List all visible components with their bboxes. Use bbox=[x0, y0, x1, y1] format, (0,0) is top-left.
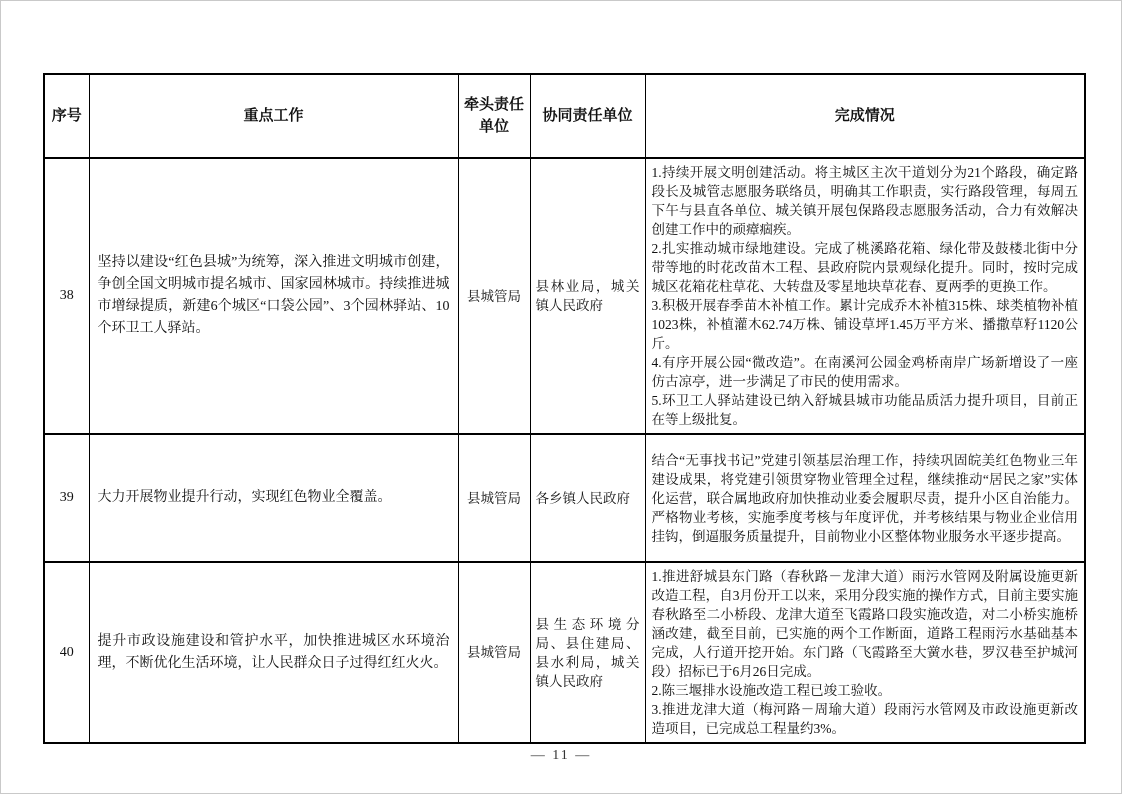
row-40-lead-unit: 县城管局 bbox=[458, 562, 530, 743]
header-completion-status: 完成情况 bbox=[645, 74, 1085, 158]
document-page: 序号 重点工作 牵头责任单位 协同责任单位 完成情况 38 坚持以建设“红色县城… bbox=[0, 0, 1122, 794]
header-lead-unit: 牵头责任单位 bbox=[458, 74, 530, 158]
row-38-lead-unit: 县城管局 bbox=[458, 158, 530, 434]
row-38-completion-status: 1.持续开展文明创建活动。将主城区主次干道划分为21个路段，确定路段长及城管志愿… bbox=[645, 158, 1085, 434]
table-row: 38 坚持以建设“红色县城”为统筹，深入推进文明城市创建，争创全国文明城市提名城… bbox=[44, 158, 1085, 434]
row-40-co-unit: 县生态环境分局、县住建局、县水利局，城关镇人民政府 bbox=[530, 562, 645, 743]
header-key-work: 重点工作 bbox=[89, 74, 458, 158]
row-38-key-work: 坚持以建设“红色县城”为统筹，深入推进文明城市创建，争创全国文明城市提名城市、国… bbox=[89, 158, 458, 434]
work-report-table: 序号 重点工作 牵头责任单位 协同责任单位 完成情况 38 坚持以建设“红色县城… bbox=[43, 73, 1086, 744]
table-header-row: 序号 重点工作 牵头责任单位 协同责任单位 完成情况 bbox=[44, 74, 1085, 158]
row-40-key-work: 提升市政设施建设和管护水平，加快推进城区水环境治理，不断优化生活环境，让人民群众… bbox=[89, 562, 458, 743]
row-40-completion-status: 1.推进舒城县东门路（春秋路－龙津大道）雨污水管网及附属设施更新改造工程，自3月… bbox=[645, 562, 1085, 743]
table-row: 39 大力开展物业提升行动，实现红色物业全覆盖。 县城管局 各乡镇人民政府 结合… bbox=[44, 434, 1085, 562]
page-number: — 11 — bbox=[1, 748, 1121, 764]
header-serial-number: 序号 bbox=[44, 74, 89, 158]
row-39-co-unit: 各乡镇人民政府 bbox=[530, 434, 645, 562]
row-39-serial-number: 39 bbox=[44, 434, 89, 562]
row-38-serial-number: 38 bbox=[44, 158, 89, 434]
row-38-co-unit: 县林业局，城关镇人民政府 bbox=[530, 158, 645, 434]
table-row: 40 提升市政设施建设和管护水平，加快推进城区水环境治理，不断优化生活环境，让人… bbox=[44, 562, 1085, 743]
work-report-table-container: 序号 重点工作 牵头责任单位 协同责任单位 完成情况 38 坚持以建设“红色县城… bbox=[43, 73, 1086, 744]
row-40-serial-number: 40 bbox=[44, 562, 89, 743]
header-co-unit: 协同责任单位 bbox=[530, 74, 645, 158]
row-39-key-work: 大力开展物业提升行动，实现红色物业全覆盖。 bbox=[89, 434, 458, 562]
row-39-lead-unit: 县城管局 bbox=[458, 434, 530, 562]
row-39-completion-status: 结合“无事找书记”党建引领基层治理工作，持续巩固皖美红色物业三年建设成果，将党建… bbox=[645, 434, 1085, 562]
